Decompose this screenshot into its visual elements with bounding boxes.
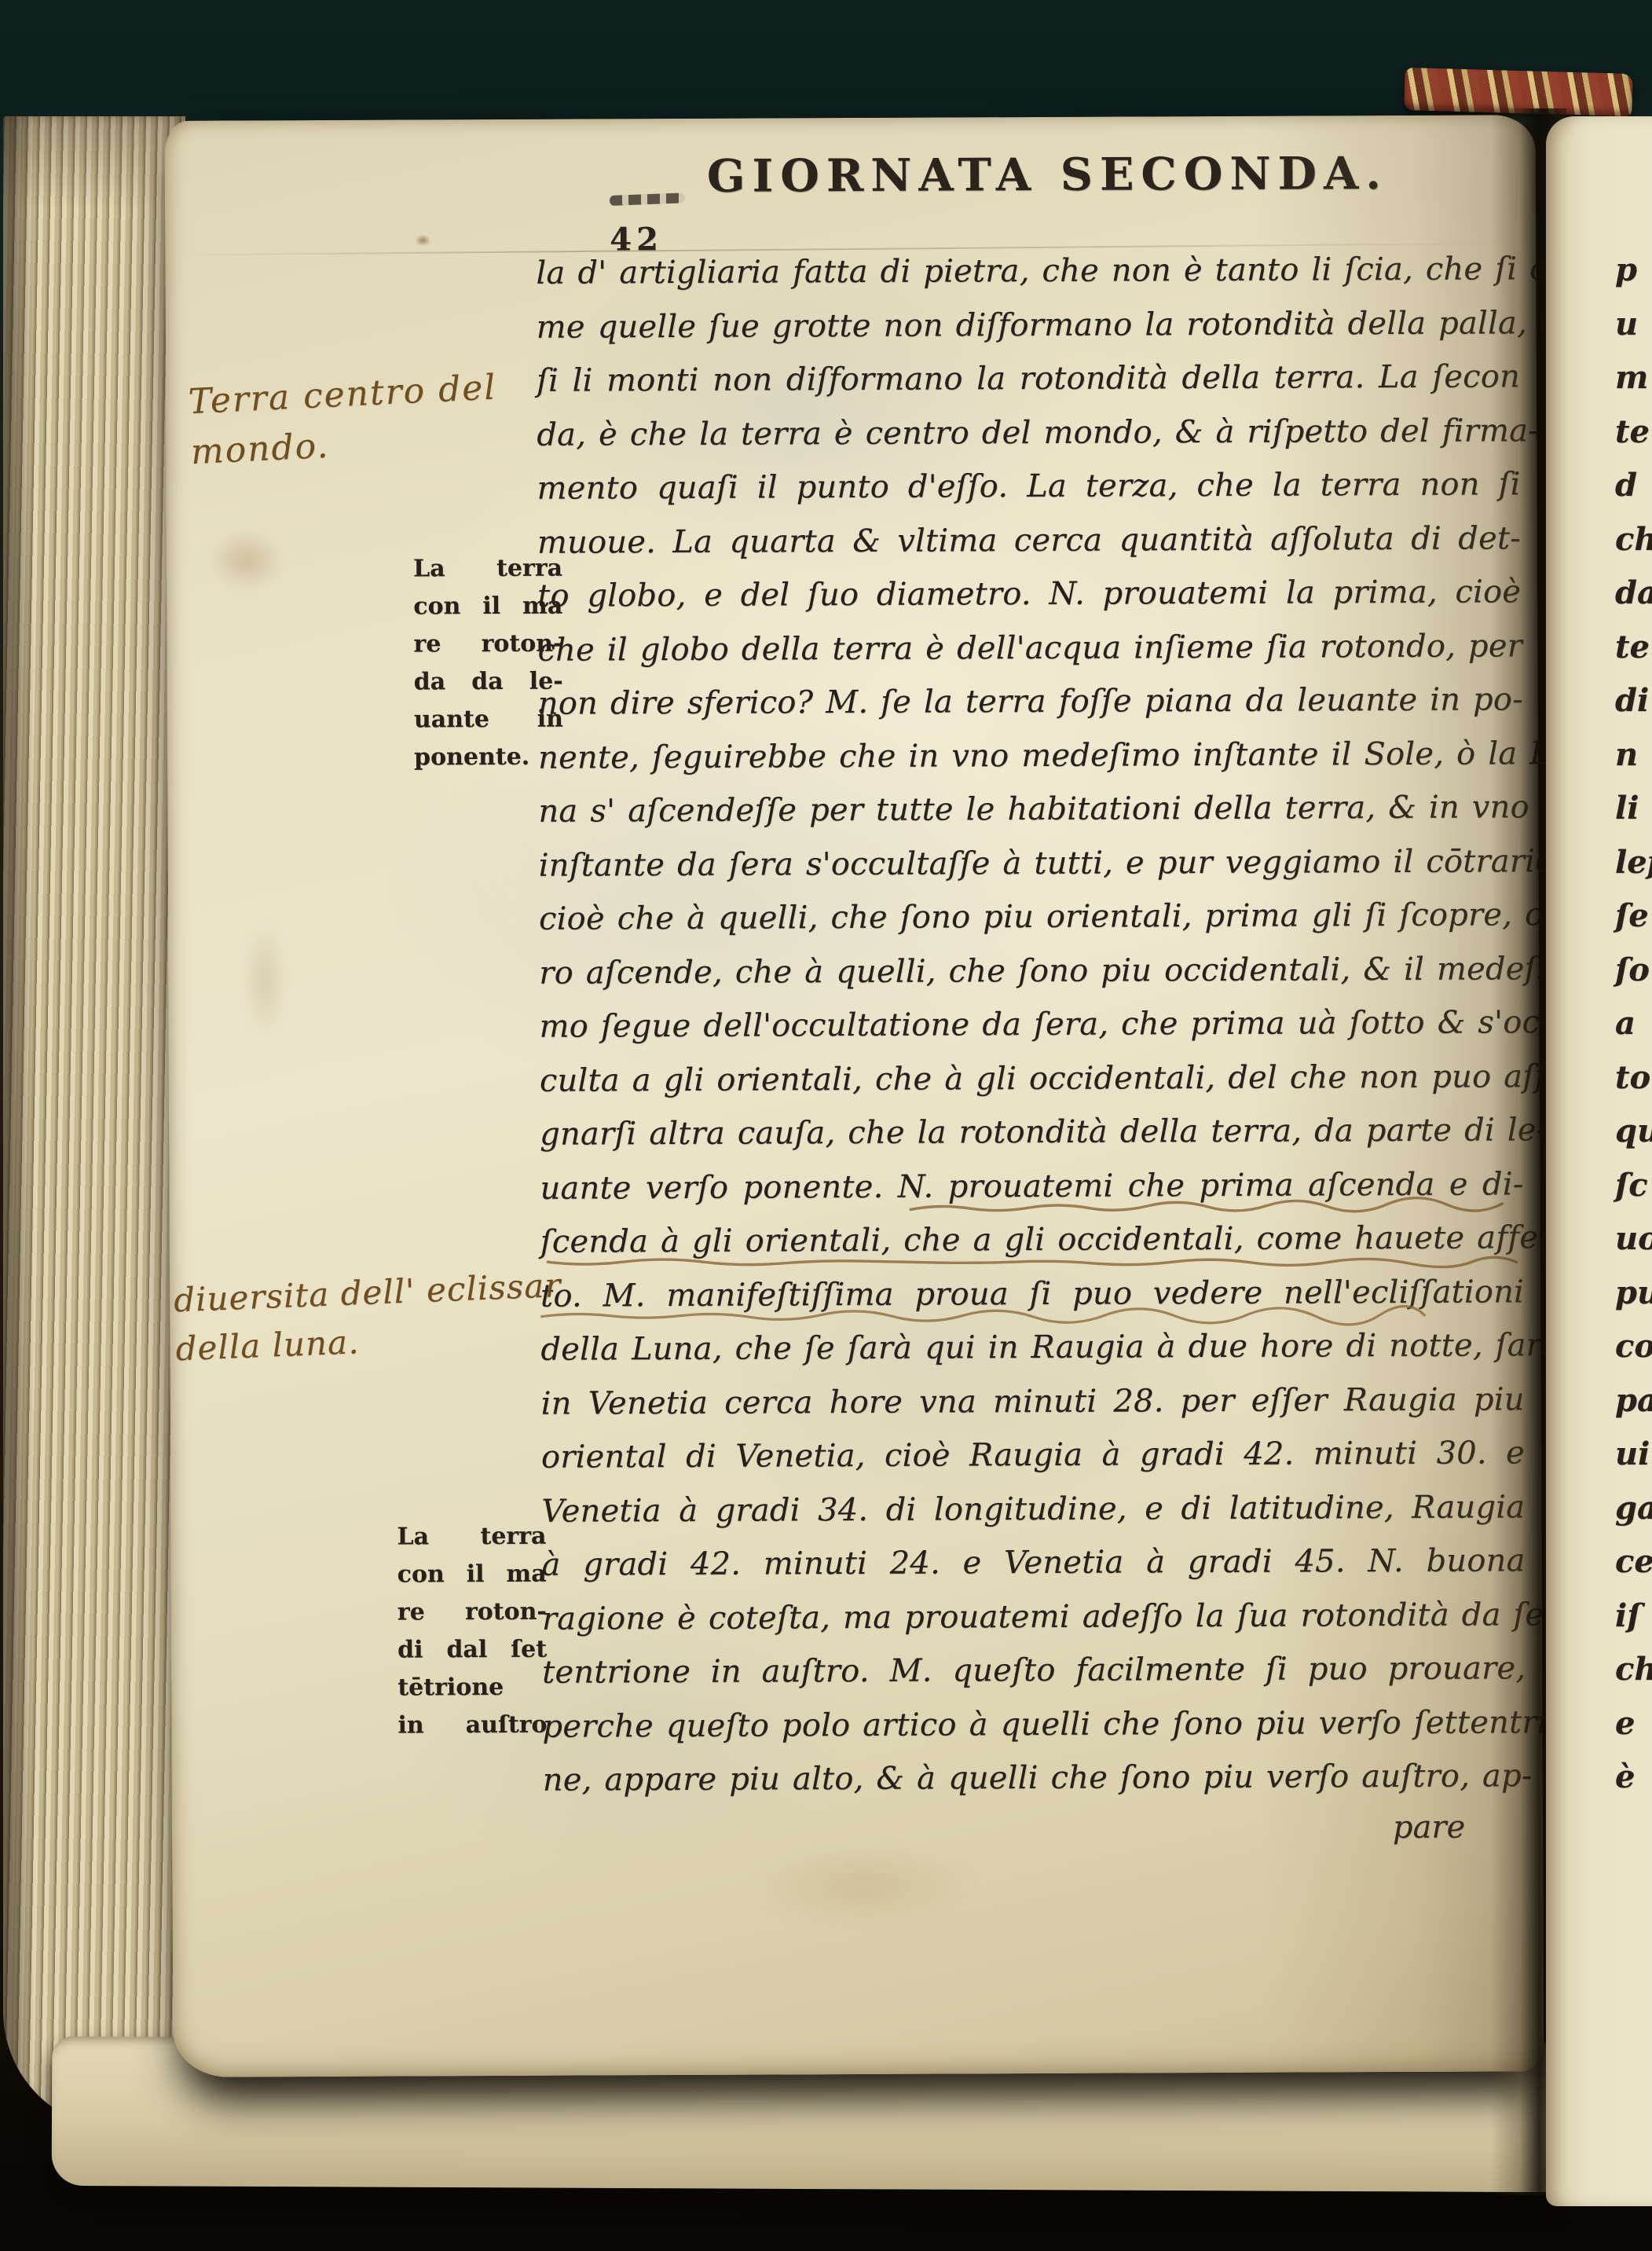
margin-note-line: con il ma [413, 588, 562, 626]
paper-stain [244, 922, 287, 1039]
facing-line-fragment: ce [1615, 1535, 1652, 1589]
facing-line-fragment: da [1615, 566, 1652, 621]
facing-line-fragment: pa [1615, 1374, 1652, 1428]
margin-note-line: uante in [414, 701, 563, 739]
facing-line-fragment: co [1615, 1320, 1652, 1374]
facing-line-fragment: leſ [1615, 836, 1652, 890]
margin-note-line: di dal ſet [397, 1631, 547, 1670]
facing-line-fragment: te [1615, 405, 1652, 460]
facing-page-sliver: pumtedchdatedinlileſſeſoatoquſcuopucopau… [1546, 116, 1652, 2206]
facing-line-fragment: li [1615, 782, 1652, 836]
printed-margin-note-rotundity-east-west: La terracon il mare roton-da da le-uante… [413, 550, 563, 777]
paper-stain [753, 1846, 973, 1925]
facing-page-text-fragments: pumtedchdatedinlileſſeſoatoquſcuopucopau… [1615, 244, 1652, 1805]
margin-note-line: La terra [397, 1518, 546, 1556]
margin-note-line: La terra [413, 550, 562, 588]
printed-margin-note-rotundity-north-south: La terracon il mare roton-di dal ſettētr… [397, 1518, 547, 1745]
margin-note-line: re roton- [397, 1593, 547, 1632]
facing-line-fragment: ſe [1615, 889, 1652, 944]
paper-stain [415, 234, 430, 246]
margin-note-line: ponente. [414, 739, 563, 777]
margin-note-line: re roton- [413, 625, 562, 664]
facing-line-fragment: ch [1615, 513, 1652, 567]
facing-line-fragment: ch [1615, 1643, 1652, 1697]
facing-line-fragment: qu [1615, 1105, 1652, 1159]
facing-line-fragment: ui [1615, 1428, 1652, 1482]
facing-line-fragment: p [1615, 244, 1652, 298]
margin-note-line: con il ma [397, 1556, 547, 1594]
facing-line-fragment: d [1615, 459, 1652, 513]
handwritten-note-terra-centro-del-mondo: Terra centro delmondo. [187, 362, 500, 478]
facing-line-fragment: e [1615, 1697, 1652, 1751]
page-edges-stack [3, 116, 185, 2129]
facing-line-fragment: ſc [1615, 1159, 1652, 1213]
book-photograph: 42 GIORNATA SECONDA. la d' artigliaria f… [0, 0, 1652, 2251]
facing-line-fragment: è [1615, 1751, 1652, 1805]
facing-line-fragment: pu [1615, 1267, 1652, 1321]
paper-stain [207, 529, 286, 592]
facing-line-fragment: uo [1615, 1212, 1652, 1267]
book-page: 42 GIORNATA SECONDA. la d' artigliaria f… [165, 115, 1544, 2077]
facing-line-fragment: to [1615, 1051, 1652, 1105]
facing-line-fragment: a [1615, 997, 1652, 1051]
facing-line-fragment: n [1615, 728, 1652, 783]
margin-note-line: in auſtro [397, 1707, 547, 1745]
facing-line-fragment: m [1615, 351, 1652, 405]
facing-line-fragment: iſ [1615, 1589, 1652, 1644]
ink-smudge [610, 192, 685, 206]
facing-line-fragment: te [1615, 621, 1652, 675]
facing-line-fragment: ga [1615, 1482, 1652, 1536]
facing-line-fragment: di [1615, 674, 1652, 728]
margin-note-line: da da le- [414, 663, 563, 702]
margin-note-line: tētrione [397, 1669, 547, 1707]
handwritten-note-eclissar-della-luna: diuersita dell' eclissardella luna. [173, 1261, 564, 1373]
facing-line-fragment: u [1615, 298, 1652, 352]
facing-line-fragment: ſo [1615, 944, 1652, 998]
